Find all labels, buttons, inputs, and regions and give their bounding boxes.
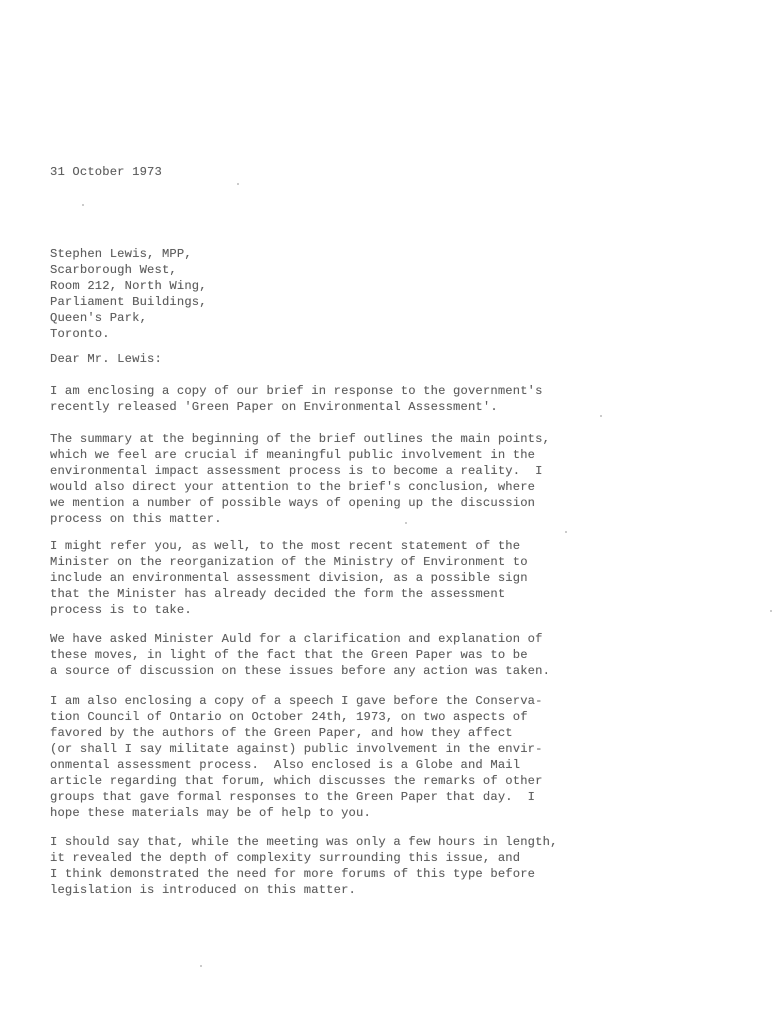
- body-line: legislation is introduced on this matter…: [50, 882, 356, 898]
- scan-speck: [237, 183, 239, 185]
- body-line: article regarding that forum, which disc…: [50, 773, 543, 789]
- body-line: environmental impact assessment process …: [50, 463, 543, 479]
- address-line: Stephen Lewis, MPP,: [50, 246, 192, 262]
- body-line: which we feel are crucial if meaningful …: [50, 447, 535, 463]
- body-line: hope these materials may be of help to y…: [50, 805, 371, 821]
- body-line: favored by the authors of the Green Pape…: [50, 725, 513, 741]
- salutation: Dear Mr. Lewis:: [50, 351, 162, 367]
- scan-speck: [600, 415, 602, 417]
- address-line: Toronto.: [50, 326, 110, 342]
- body-line: I am also enclosing a copy of a speech I…: [50, 693, 543, 709]
- scan-speck: [200, 965, 202, 967]
- body-line: process on this matter.: [50, 511, 222, 527]
- body-line: process is to take.: [50, 602, 192, 618]
- body-line: it revealed the depth of complexity surr…: [50, 850, 520, 866]
- body-line: would also direct your attention to the …: [50, 479, 535, 495]
- scan-speck: [565, 531, 567, 533]
- body-line: that the Minister has already decided th…: [50, 586, 505, 602]
- body-line: The summary at the beginning of the brie…: [50, 431, 550, 447]
- body-line: groups that gave formal responses to the…: [50, 789, 535, 805]
- address-line: Room 212, North Wing,: [50, 278, 207, 294]
- body-line: onmental assessment process. Also enclos…: [50, 757, 520, 773]
- address-line: Queen's Park,: [50, 310, 147, 326]
- body-line: I should say that, while the meeting was…: [50, 834, 558, 850]
- body-line: include an environmental assessment divi…: [50, 570, 528, 586]
- body-line: we mention a number of possible ways of …: [50, 495, 535, 511]
- scan-speck: [405, 522, 407, 524]
- body-line: Minister on the reorganization of the Mi…: [50, 554, 528, 570]
- scan-speck: [770, 610, 772, 612]
- address-line: Scarborough West,: [50, 262, 177, 278]
- body-line: (or shall I say militate against) public…: [50, 741, 543, 757]
- body-line: a source of discussion on these issues b…: [50, 663, 550, 679]
- body-line: We have asked Minister Auld for a clarif…: [50, 631, 543, 647]
- body-line: these moves, in light of the fact that t…: [50, 647, 528, 663]
- scan-speck: [82, 204, 84, 206]
- letter-date: 31 October 1973: [50, 164, 162, 180]
- body-line: recently released 'Green Paper on Enviro…: [50, 399, 498, 415]
- body-line: tion Council of Ontario on October 24th,…: [50, 709, 528, 725]
- body-line: I think demonstrated the need for more f…: [50, 866, 535, 882]
- address-line: Parliament Buildings,: [50, 294, 207, 310]
- body-line: I am enclosing a copy of our brief in re…: [50, 383, 543, 399]
- body-line: I might refer you, as well, to the most …: [50, 538, 520, 554]
